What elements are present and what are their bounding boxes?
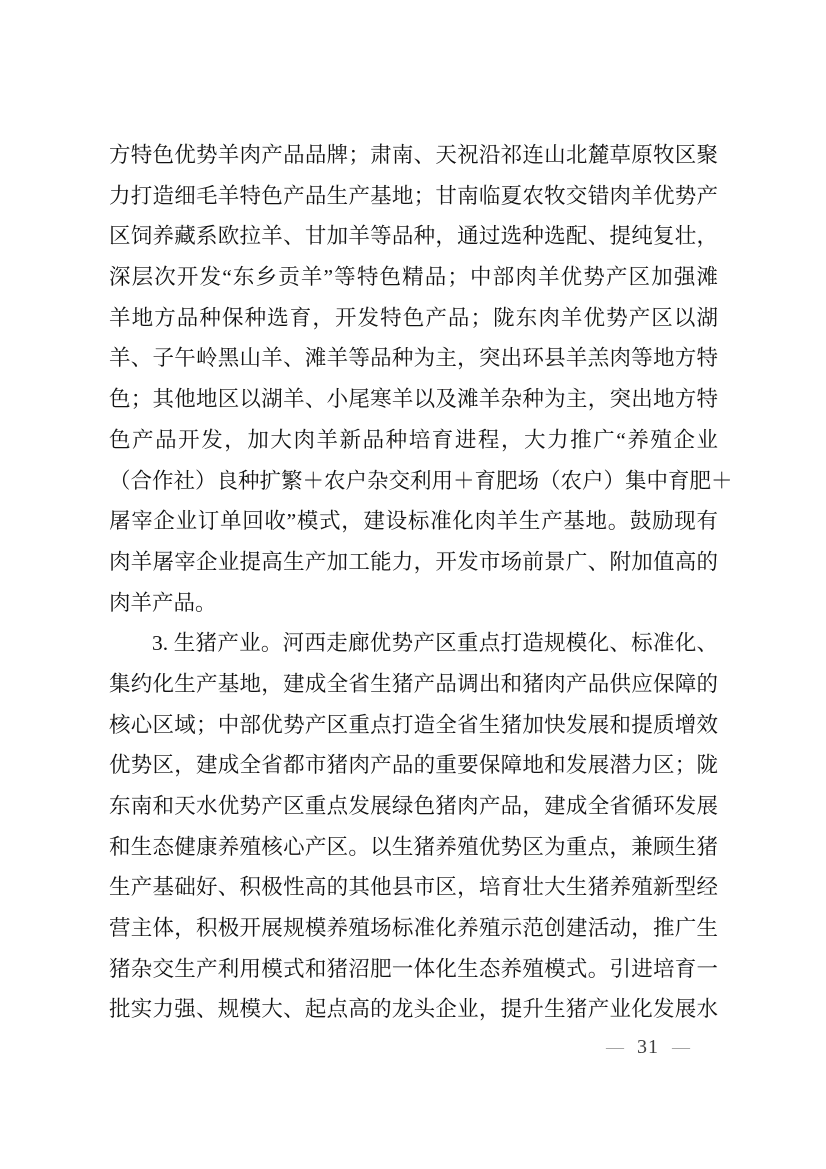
text-line: 屠宰企业订单回收”模式，建设标准化肉羊生产基地。鼓励现有	[109, 501, 718, 542]
text-line: 肉羊产品。	[109, 583, 718, 624]
text-line: 肉羊屠宰企业提高生产加工能力，开发市场前景广、附加值高的	[109, 542, 718, 583]
text-line: 猪杂交生产利用模式和猪沼肥一体化生态养殖模式。引进培育一	[109, 949, 718, 990]
text-line: 东南和天水优势产区重点发展绿色猪肉产品，建成全省循环发展	[109, 786, 718, 827]
text-line: 营主体，积极开展规模养殖场标准化养殖示范创建活动，推广生	[109, 908, 718, 949]
text-line: 核心区域；中部优势产区重点打造全省生猪加快发展和提质增效	[109, 705, 718, 746]
page-number: — 31 —	[606, 1036, 690, 1059]
text-line: 力打造细毛羊特色产品生产基地；甘南临夏农牧交错肉羊优势产	[109, 176, 718, 217]
text-line: 方特色优势羊肉产品品牌；肃南、天祝沿祁连山北麓草原牧区聚	[109, 135, 718, 176]
body-text: 方特色优势羊肉产品品牌；肃南、天祝沿祁连山北麓草原牧区聚 力打造细毛羊特色产品生…	[109, 135, 718, 1030]
text-line: 和生态健康养殖核心产区。以生猪养殖优势区为重点，兼顾生猪	[109, 827, 718, 868]
text-line: 色；其他地区以湖羊、小尾寒羊以及滩羊杂种为主，突出地方特	[109, 379, 718, 420]
text-line: 羊、子午岭黑山羊、滩羊等品种为主，突出环县羊羔肉等地方特	[109, 338, 718, 379]
page-number-value: 31	[637, 1036, 659, 1059]
text-line: 深层次开发“东乡贡羊”等特色精品；中部肉羊优势产区加强滩	[109, 257, 718, 298]
document-page: 方特色优势羊肉产品品牌；肃南、天祝沿祁连山北麓草原牧区聚 力打造细毛羊特色产品生…	[0, 0, 826, 1169]
text-line: 羊地方品种保种选育，开发特色产品；陇东肉羊优势产区以湖	[109, 298, 718, 339]
text-line: 生产基础好、积极性高的其他县市区，培育壮大生猪养殖新型经	[109, 867, 718, 908]
text-line: 集约化生产基地，建成全省生猪产品调出和猪肉产品供应保障的	[109, 664, 718, 705]
text-line: （合作社）良种扩繁＋农户杂交利用＋育肥场（农户）集中育肥＋	[109, 461, 718, 502]
text-line: 色产品开发，加大肉羊新品种培育进程，大力推广“养殖企业	[109, 420, 718, 461]
page-number-left-dash: —	[606, 1037, 624, 1058]
text-line: 区饲养藏系欧拉羊、甘加羊等品种，通过选种选配、提纯复壮，	[109, 216, 718, 257]
text-line-item-heading: 3. 生猪产业。河西走廊优势产区重点打造规模化、标准化、	[109, 623, 718, 664]
text-line: 优势区，建成全省都市猪肉产品的重要保障地和发展潜力区；陇	[109, 745, 718, 786]
text-line: 批实力强、规模大、起点高的龙头企业，提升生猪产业化发展水	[109, 989, 718, 1030]
page-number-right-dash: —	[672, 1037, 690, 1058]
